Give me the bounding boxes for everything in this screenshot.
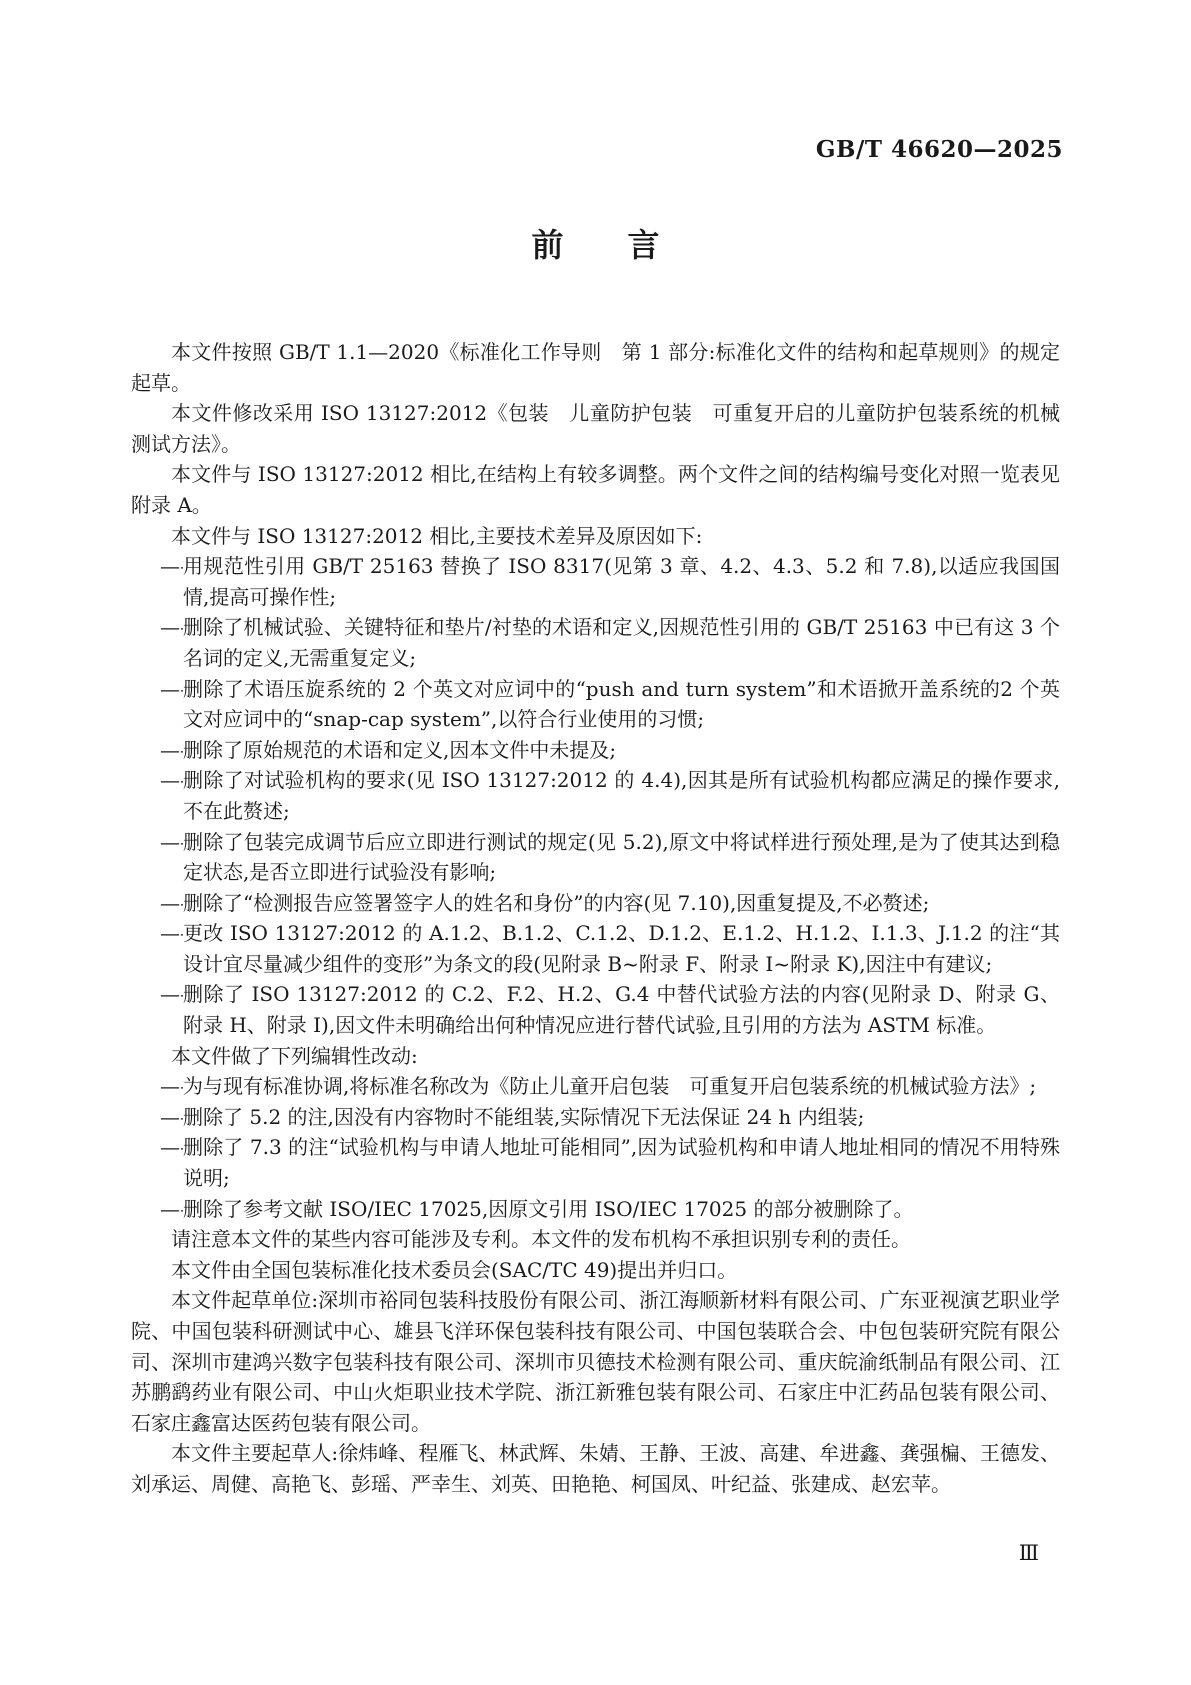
drafters-paragraph: 本文件主要起草人:徐炜峰、程雁飞、林武辉、朱婧、王静、王波、高建、牟进鑫、龚强楄… [131,1438,1060,1499]
dash-marker: —— [160,1132,183,1163]
page-number: Ⅲ [1019,1541,1039,1565]
patent-notice-paragraph: 请注意本文件的某些内容可能涉及专利。本文件的发布机构不承担识别专利的责任。 [131,1224,1060,1255]
tech-diff-item: —— 删除了包装完成调节后应立即进行测试的规定(见 5.2),原文中将试样进行预… [131,827,1060,888]
list-item-text: 删除了参考文献 ISO/IEC 17025,因原文引用 ISO/IEC 1702… [183,1197,913,1221]
tech-diff-item: —— 删除了术语压旋系统的 2 个英文对应词中的“push and turn s… [131,674,1060,735]
tech-diff-item: —— 删除了“检测报告应签署签字人的姓名和身份”的内容(见 7.10),因重复提… [131,888,1060,919]
list-item-text: 删除了“检测报告应签署签字人的姓名和身份”的内容(见 7.10),因重复提及,不… [183,891,929,915]
intro-paragraph: 本文件与 ISO 13127:2012 相比,在结构上有较多调整。两个文件之间的… [131,459,1060,520]
dash-marker: —— [160,979,183,1010]
list-item-text: 删除了术语压旋系统的 2 个英文对应词中的“push and turn syst… [183,677,1060,732]
list-item-text: 删除了机械试验、关键特征和垫片/衬垫的术语和定义,因规范性引用的 GB/T 25… [183,615,1060,670]
editorial-item: —— 删除了 7.3 的注“试验机构与申请人地址可能相同”,因为试验机构和申请人… [131,1132,1060,1193]
intro-paragraph: 本文件与 ISO 13127:2012 相比,主要技术差异及原因如下: [131,521,1060,552]
list-item-text: 删除了包装完成调节后应立即进行测试的规定(见 5.2),原文中将试样进行预处理,… [183,830,1060,885]
drafting-organizations-paragraph: 本文件起草单位:深圳市裕同包装科技股份有限公司、浙江海顺新材料有限公司、广东亚视… [131,1285,1060,1438]
editorial-intro: 本文件做了下列编辑性改动: [131,1041,1060,1072]
list-item-text: 删除了 ISO 13127:2012 的 C.2、F.2、H.2、G.4 中替代… [183,982,1060,1037]
dash-marker: —— [160,1071,183,1102]
dash-marker: —— [160,674,183,705]
standard-number: GB/T 46620—2025 [816,136,1063,163]
tech-diff-item: —— 用规范性引用 GB/T 25163 替换了 ISO 8317(见第 3 章… [131,551,1060,612]
dash-marker: —— [160,918,183,949]
list-item-text: 更改 ISO 13127:2012 的 A.1.2、B.1.2、C.1.2、D.… [183,921,1060,976]
dash-marker: —— [160,612,183,643]
foreword-body: 本文件按照 GB/T 1.1—2020《标准化工作导则 第 1 部分:标准化文件… [131,337,1060,1500]
committee-paragraph: 本文件由全国包装标准化技术委员会(SAC/TC 49)提出并归口。 [131,1255,1060,1286]
editorial-item: —— 为与现有标准协调,将标准名称改为《防止儿童开启包装 可重复开启包装系统的机… [131,1071,1060,1102]
dash-marker: —— [160,735,183,766]
dash-marker: —— [160,551,183,582]
list-item-text: 删除了对试验机构的要求(见 ISO 13127:2012 的 4.4),因其是所… [183,768,1060,823]
list-item-text: 为与现有标准协调,将标准名称改为《防止儿童开启包装 可重复开启包装系统的机械试验… [183,1074,1036,1098]
tech-diff-item: —— 删除了 ISO 13127:2012 的 C.2、F.2、H.2、G.4 … [131,979,1060,1040]
intro-paragraph: 本文件按照 GB/T 1.1—2020《标准化工作导则 第 1 部分:标准化文件… [131,337,1060,398]
editorial-item: —— 删除了参考文献 ISO/IEC 17025,因原文引用 ISO/IEC 1… [131,1194,1060,1225]
list-item-text: 用规范性引用 GB/T 25163 替换了 ISO 8317(见第 3 章、4.… [183,554,1060,609]
document-page: GB/T 46620—2025 前 言 本文件按照 GB/T 1.1—2020《… [0,0,1191,1685]
page-title: 前 言 [0,220,1191,266]
tech-diff-item: —— 删除了对试验机构的要求(见 ISO 13127:2012 的 4.4),因… [131,765,1060,826]
tech-diff-item: —— 更改 ISO 13127:2012 的 A.1.2、B.1.2、C.1.2… [131,918,1060,979]
dash-marker: —— [160,1102,183,1133]
dash-marker: —— [160,765,183,796]
editorial-item: —— 删除了 5.2 的注,因没有内容物时不能组装,实际情况下无法保证 24 h… [131,1102,1060,1133]
dash-marker: —— [160,827,183,858]
tech-diff-item: —— 删除了机械试验、关键特征和垫片/衬垫的术语和定义,因规范性引用的 GB/T… [131,612,1060,673]
intro-paragraph: 本文件修改采用 ISO 13127:2012《包装 儿童防护包装 可重复开启的儿… [131,398,1060,459]
list-item-text: 删除了原始规范的术语和定义,因本文件中未提及; [183,738,616,762]
dash-marker: —— [160,888,183,919]
list-item-text: 删除了 5.2 的注,因没有内容物时不能组装,实际情况下无法保证 24 h 内组… [183,1105,864,1129]
tech-diff-item: —— 删除了原始规范的术语和定义,因本文件中未提及; [131,735,1060,766]
dash-marker: —— [160,1194,183,1225]
list-item-text: 删除了 7.3 的注“试验机构与申请人地址可能相同”,因为试验机构和申请人地址相… [183,1135,1060,1190]
